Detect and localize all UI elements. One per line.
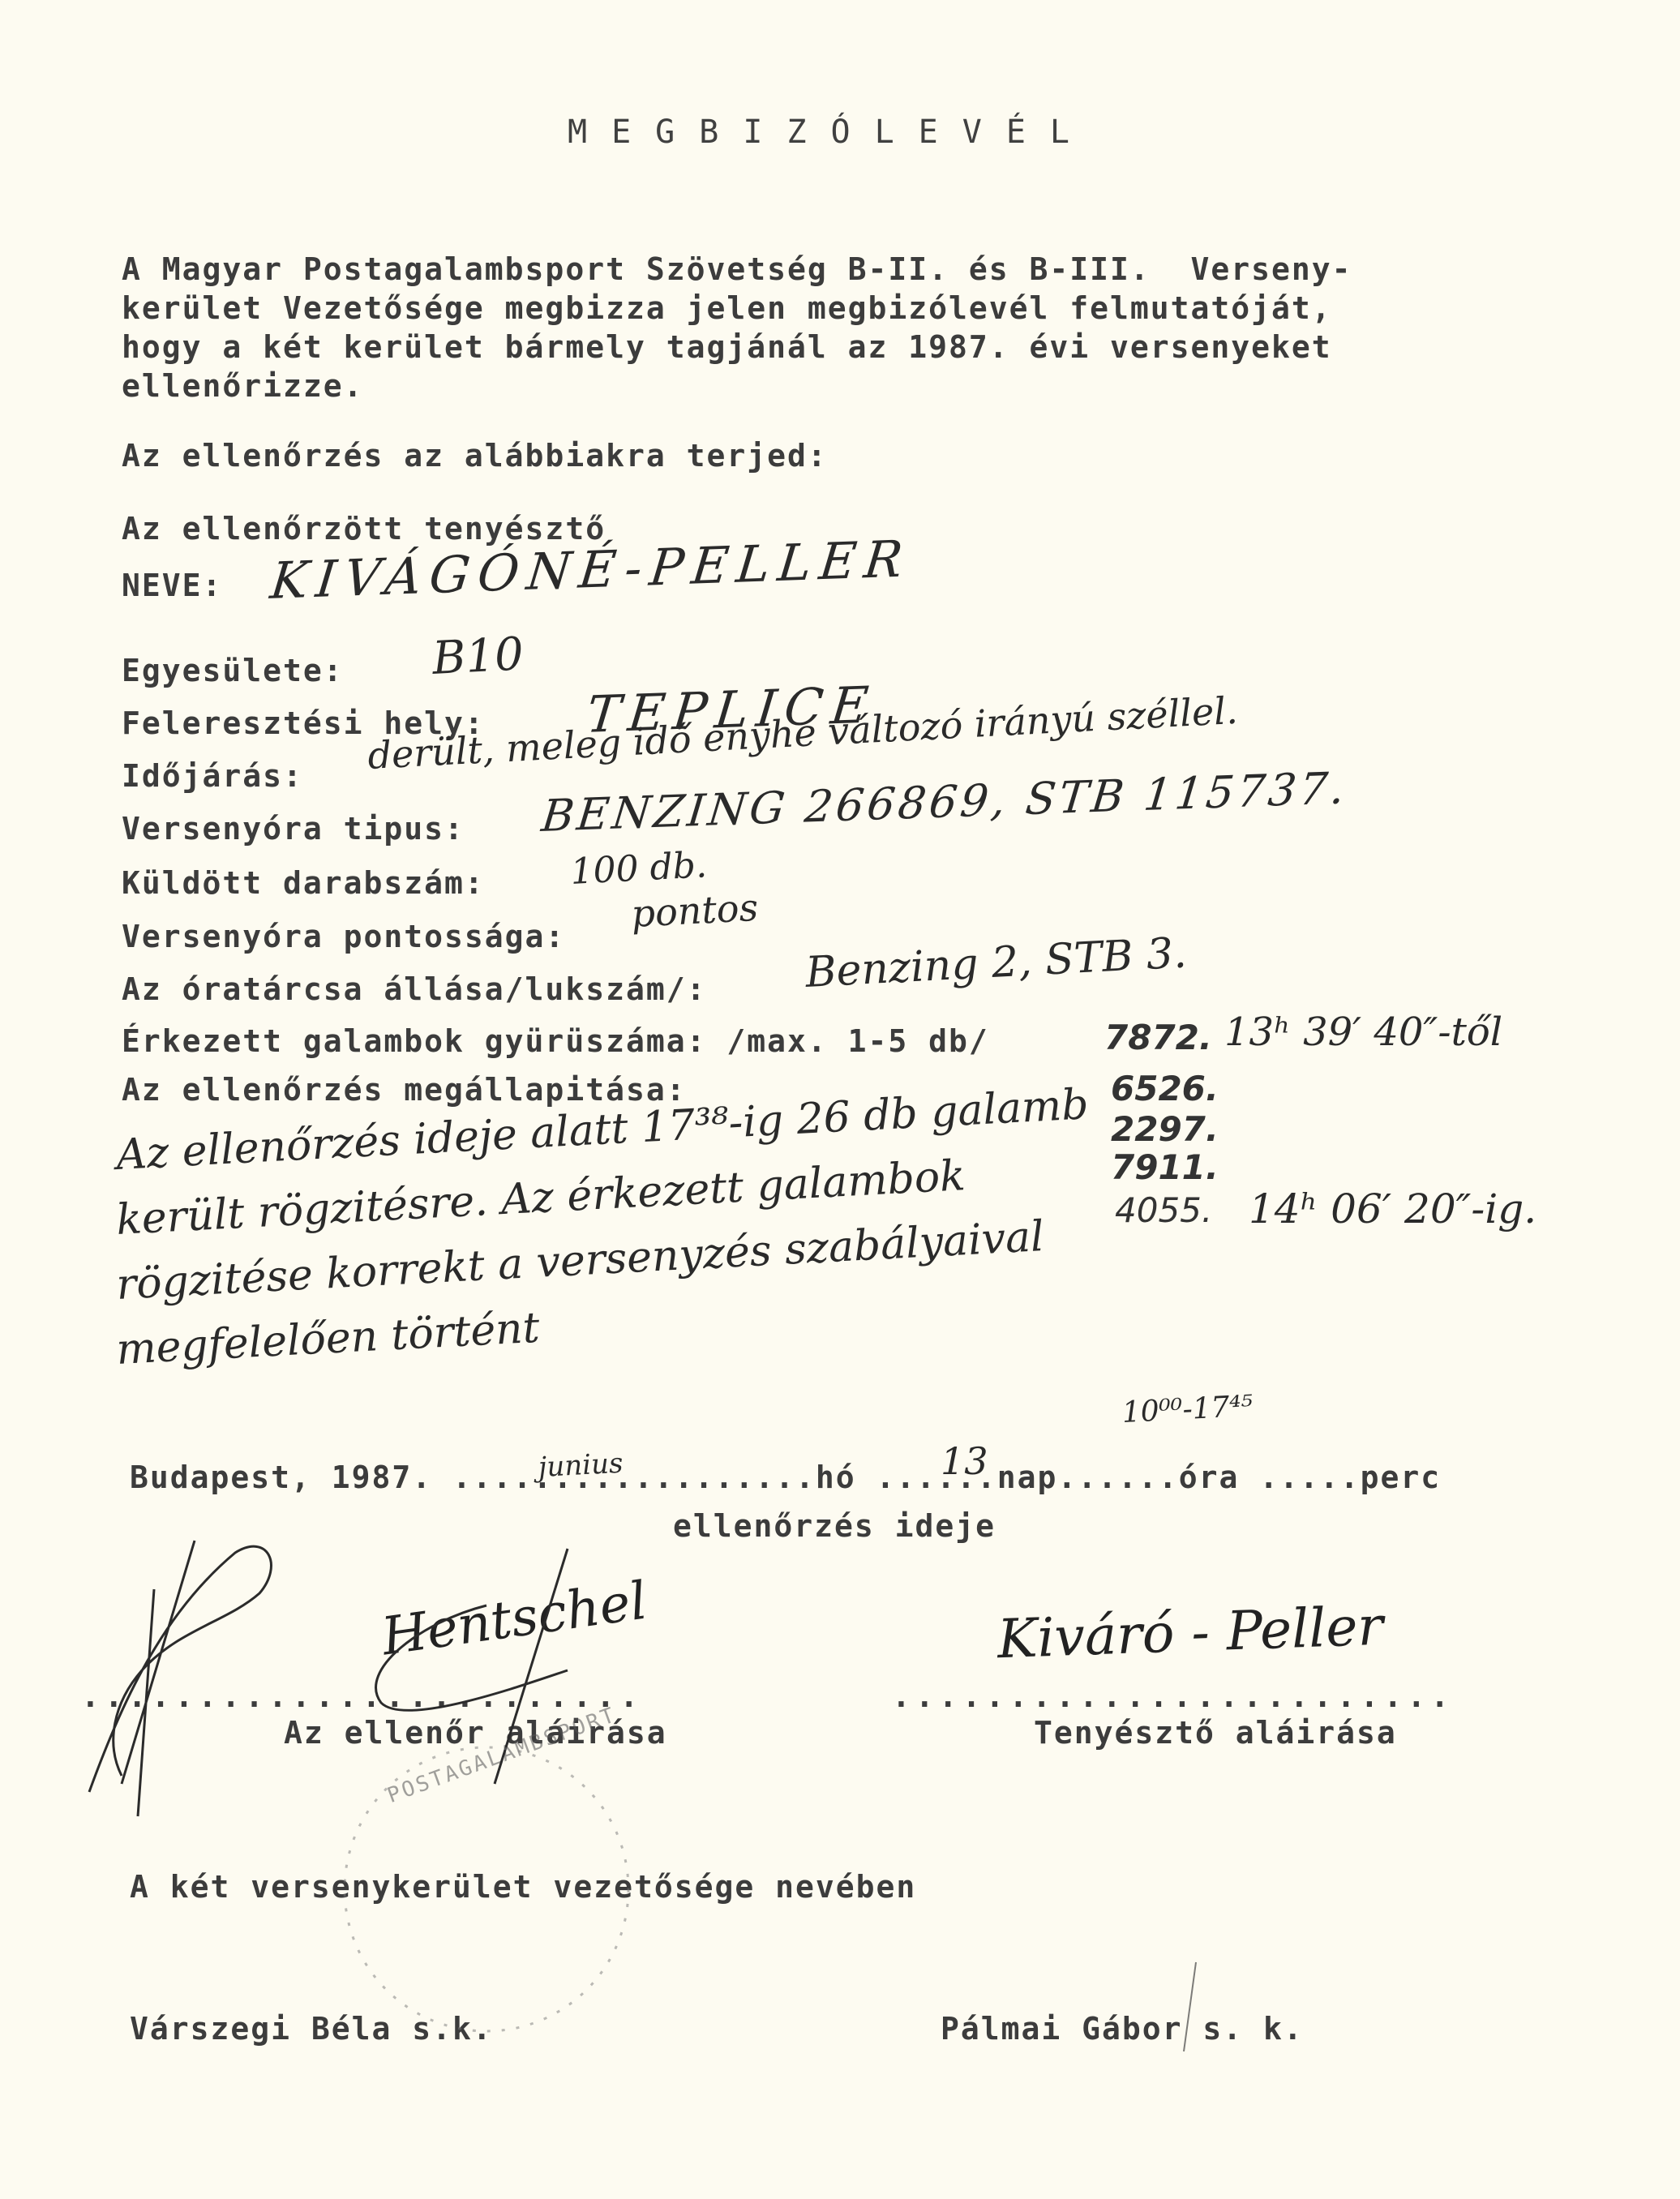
field-label-sent-count: Küldött darabszám: — [122, 865, 485, 901]
finding-line: megfelelően történt — [115, 1304, 541, 1374]
field-value-club: B10 — [431, 628, 525, 685]
intro-line: A Magyar Postagalambsport Szövetség B-II… — [122, 251, 1352, 287]
field-label-dial-position: Az óratárcsa állása/lukszám/: — [122, 971, 706, 1007]
intro-line: ellenőrizze. — [122, 368, 364, 404]
field-label-weather: Időjárás: — [122, 758, 303, 794]
inspector-dotted-line: ........................ — [81, 1678, 643, 1714]
breeder-dotted-line: ........................ — [892, 1678, 1454, 1714]
signer-right: Pálmai Gábor s. k. — [941, 2011, 1304, 2047]
field-label-ring-numbers: Érkezett galambok gyürüszáma: /max. 1-5 … — [122, 1023, 989, 1059]
field-label-clock-type: Versenyóra tipus: — [122, 811, 465, 847]
date-place-year: Budapest, 1987. — [130, 1460, 432, 1495]
signer-left: Várszegi Béla s.k. — [130, 2011, 493, 2047]
ring-number: 6526. — [1111, 1069, 1219, 1108]
field-label-club: Egyesülete: — [122, 653, 344, 688]
inspector-signature: Hentschel — [378, 1571, 650, 1667]
ring-time: 14ʰ 06′ 20″-ig. — [1249, 1185, 1536, 1232]
date-line: Budapest, 1987. ..................hó ...… — [130, 1460, 1441, 1495]
closing-line: A két versenykerület vezetősége nevében — [130, 1869, 916, 1905]
field-label-name: NEVE: — [122, 568, 222, 603]
ring-number: 7872. — [1104, 1018, 1212, 1057]
date-month-suffix: hó — [816, 1460, 856, 1495]
intro-line: hogy a két kerület bármely tagjánál az 1… — [122, 329, 1332, 365]
document-title: MEGBIZÓLEVÉL — [568, 114, 1094, 151]
ring-time: 13ʰ 39′ 40″-től — [1224, 1009, 1502, 1055]
breeder-heading: Az ellenőrzött tenyésztő — [122, 511, 606, 547]
finding-label: Az ellenőrzés megállapitása: — [122, 1072, 687, 1108]
date-caption: ellenőrzés ideje — [673, 1508, 996, 1544]
scope-line: Az ellenőrzés az alábbiakra terjed: — [122, 438, 828, 474]
field-value-clock-type: BENZING 266869, STB 115737. — [539, 762, 1350, 842]
field-value-sent-count: 100 db. — [569, 844, 708, 893]
field-value-clock-accuracy: pontos — [630, 885, 759, 936]
breeder-signature: Kiváró - Peller — [996, 1595, 1384, 1671]
breeder-signature-label: Tenyésztő aláirása — [1034, 1715, 1397, 1751]
field-label-clock-accuracy: Versenyóra pontossága: — [122, 919, 565, 954]
ring-number: 7911. — [1111, 1147, 1219, 1187]
date-day-suffix: nap — [997, 1460, 1058, 1495]
intro-line: kerület Vezetősége megbizza jelen megbiz… — [122, 290, 1332, 326]
date-hour-suffix: óra — [1179, 1460, 1240, 1495]
field-value-dial-position: Benzing 2, STB 3. — [804, 928, 1188, 997]
ring-number: 4055. — [1115, 1190, 1212, 1230]
time-range: 10⁰⁰-17⁴⁵ — [1121, 1390, 1254, 1430]
date-minute-suffix: perc — [1361, 1460, 1442, 1495]
ring-number: 2297. — [1111, 1109, 1219, 1149]
